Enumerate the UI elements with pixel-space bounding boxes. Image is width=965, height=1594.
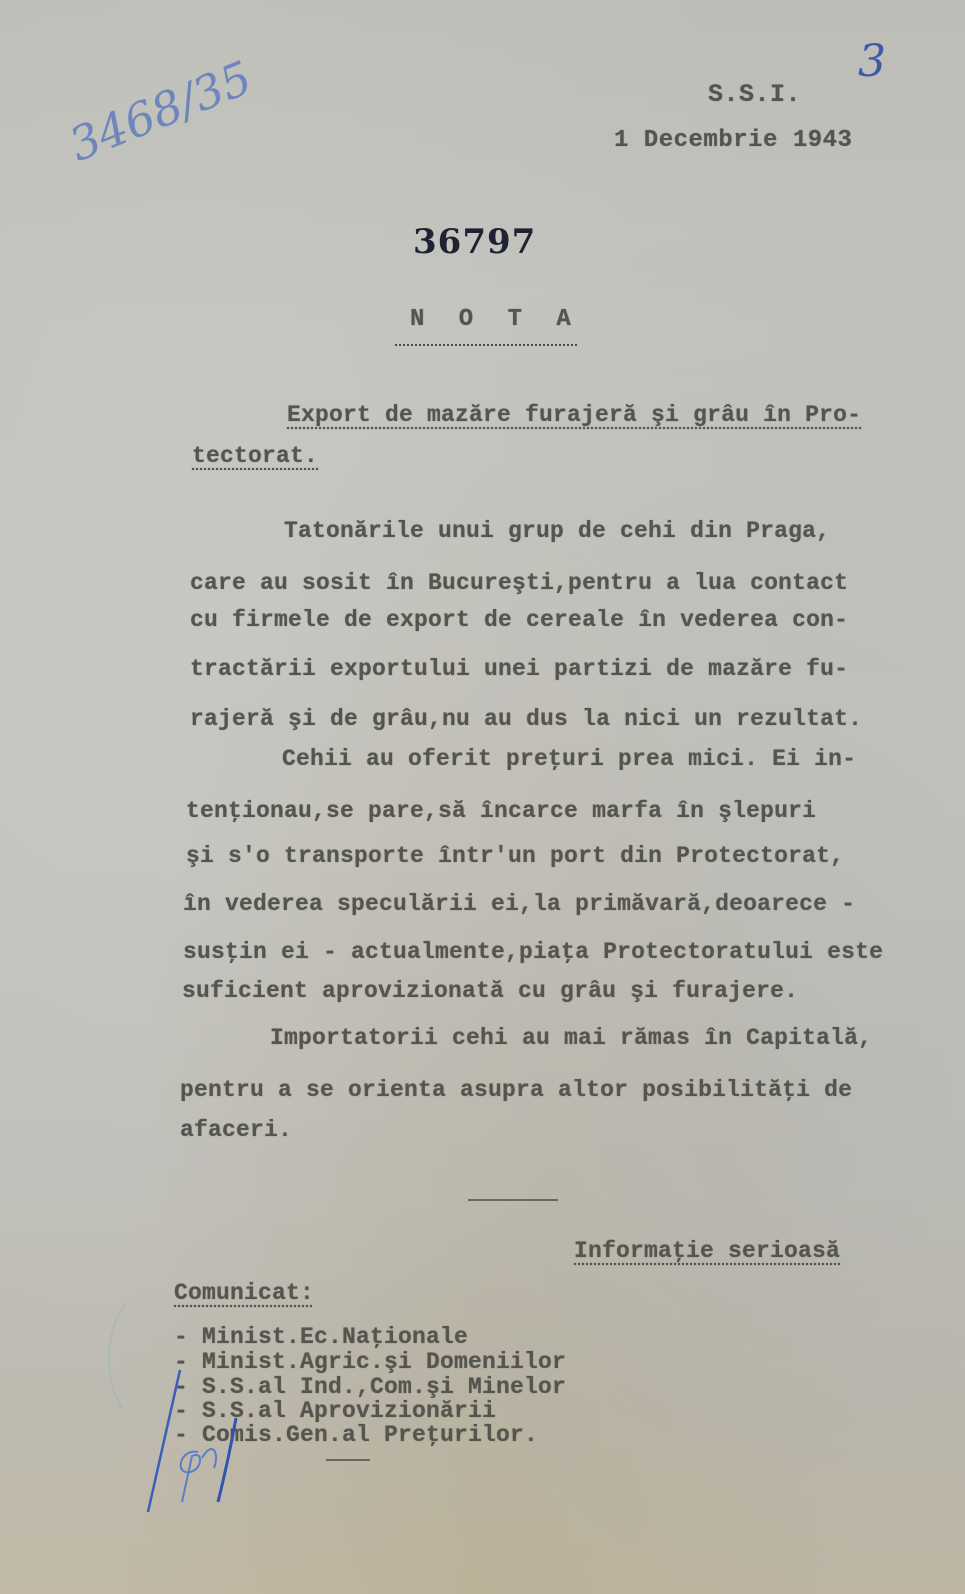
title-underline	[395, 344, 577, 346]
body-line: rajeră şi de grâu,nu au dus la nici un r…	[190, 706, 862, 732]
body-line: Importatorii cehi au mai rămas în Capita…	[270, 1025, 872, 1051]
body-line: tenţionau,se pare,să încarce marfa în şl…	[186, 798, 816, 824]
section-separator	[468, 1199, 558, 1201]
end-separator	[326, 1459, 370, 1461]
agency-label: S.S.I.	[708, 80, 801, 109]
body-line: pentru a se orienta asupra altor posibil…	[180, 1077, 852, 1103]
registration-number: 36797	[413, 222, 536, 262]
handwritten-signature	[140, 1360, 280, 1530]
body-line: tractării exportului unei partizi de maz…	[190, 656, 848, 682]
body-line: afaceri.	[180, 1117, 292, 1143]
body-line: şi s'o transporte într'un port din Prote…	[186, 843, 844, 869]
archive-number-handwritten: 3468/35	[62, 50, 259, 172]
body-line: cu firmele de export de cereale în veder…	[190, 607, 848, 633]
assessment-label: Informaţie serioasă	[574, 1238, 840, 1264]
subject-line-2: tectorat.	[192, 443, 318, 469]
document-title: N O T A	[410, 306, 581, 333]
folio-number-handwritten: 3	[858, 36, 886, 87]
body-line: suficient aprovizionată cu grâu şi furaj…	[182, 978, 798, 1004]
body-line: susţin ei - actualmente,piaţa Protectora…	[183, 939, 883, 965]
body-line: care au sosit în Bucureşti,pentru a lua …	[190, 570, 848, 596]
distribution-item: - Minist.Ec.Naţionale	[174, 1326, 468, 1349]
body-line: în vederea speculării ei,la primăvară,de…	[183, 891, 855, 917]
body-line: Cehii au oferit preţuri prea mici. Ei in…	[282, 746, 856, 772]
subject-line-1: Export de mazăre furajeră şi grâu în Pro…	[287, 402, 861, 428]
distribution-label: Comunicat:	[174, 1280, 314, 1306]
body-line: Tatonările unui grup de cehi din Praga,	[284, 518, 830, 544]
document-date: 1 Decembrie 1943	[614, 127, 852, 154]
